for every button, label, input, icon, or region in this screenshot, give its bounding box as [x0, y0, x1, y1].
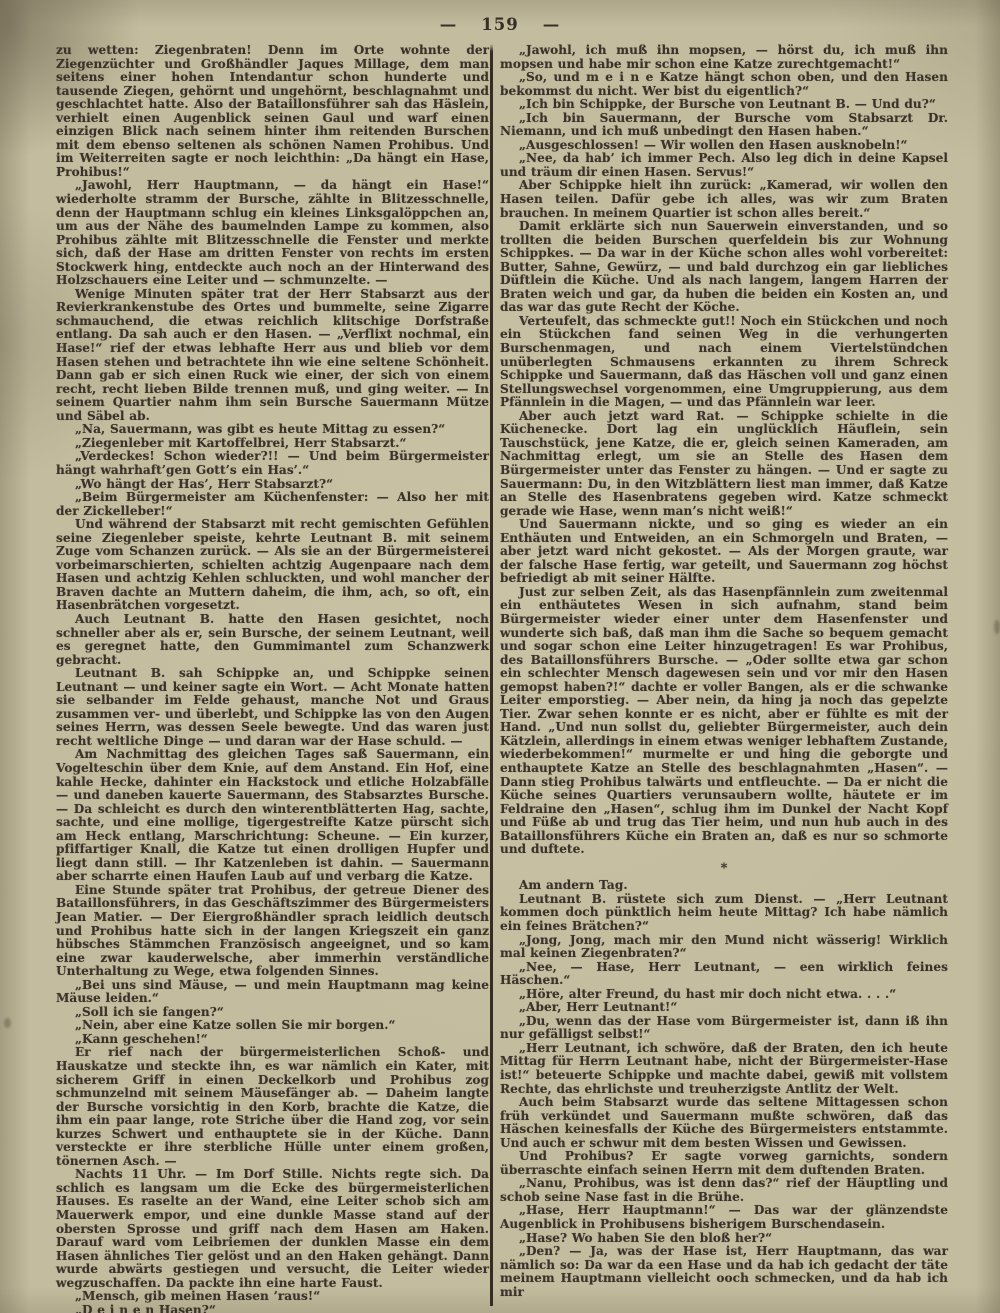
- paragraph: Am andern Tag.: [500, 879, 948, 893]
- paragraph: „D e i n e n Hasen?“: [56, 1304, 489, 1313]
- paragraph: Auch Leutnant B. hatte den Hasen gesicht…: [56, 613, 489, 667]
- page-number: 159: [481, 15, 518, 34]
- paragraph: „Hase? Wo haben Sie den bloß her?“: [500, 1232, 948, 1246]
- paragraph: „Herr Leutnant, ich schwöre, daß der Bra…: [500, 1042, 948, 1096]
- header-right-dash: —: [543, 15, 561, 34]
- paragraph: Und während der Stabsarzt mit recht gemi…: [56, 518, 489, 613]
- paragraph: Eine Stunde später trat Prohibus, der ge…: [56, 884, 489, 979]
- paragraph: „Na, Sauermann, was gibt es heute Mittag…: [56, 423, 489, 437]
- paragraph: „Hase, Herr Hauptmann!“ — Das war der gl…: [500, 1204, 948, 1231]
- paragraph: „Verdeckes! Schon wieder?!! — Und beim B…: [56, 450, 489, 477]
- paragraph: „Höre, alter Freund, du hast mir doch ni…: [500, 988, 948, 1002]
- paragraph: „Beim Bürgermeister am Küchenfenster: — …: [56, 491, 489, 518]
- paragraph: „Jong, Jong, mach mir den Mund nicht wäs…: [500, 934, 948, 961]
- paragraph: „Nanu, Prohibus, was ist denn das?“ rief…: [500, 1177, 948, 1204]
- text-columns: zu wetten: Ziegenbraten! Denn im Orte wo…: [56, 44, 948, 1306]
- paragraph: „Wo hängt der Has’, Herr Stabsarzt?“: [56, 478, 489, 492]
- paragraph: „Bei uns sind Mäuse, — und mein Hauptman…: [56, 979, 489, 1006]
- paragraph: Verteufelt, das schmeckte gut!! Noch ein…: [500, 315, 948, 410]
- paragraph: Wenige Minuten später trat der Herr Stab…: [56, 288, 489, 423]
- paragraph: „Du, wenn das der Hase vom Bürgermeister…: [500, 1015, 948, 1042]
- paragraph: Auch beim Stabsarzt wurde das seltene Mi…: [500, 1096, 948, 1150]
- paragraph: „Ich bin Schippke, der Bursche von Leutn…: [500, 98, 948, 112]
- paragraph: Er rief nach der bürgermeisterlichen Sch…: [56, 1046, 489, 1168]
- paragraph: „Jawohl, ich muß ihn mopsen, — hörst du,…: [500, 44, 948, 71]
- paragraph: „Mensch, gib meinen Hasen ’raus!“: [56, 1290, 489, 1304]
- paragraph: „Soll ich sie fangen?“: [56, 1006, 489, 1020]
- paragraph: Am Nachmittag des gleichen Tages saß Sau…: [56, 748, 489, 883]
- paragraph: „Jawohl, Herr Hauptmann, — da hängt ein …: [56, 179, 489, 287]
- column-divider-rule: [490, 44, 493, 1306]
- page-header: —159—: [0, 0, 1000, 34]
- paragraph: „Nein, aber eine Katze sollen Sie mir bo…: [56, 1019, 489, 1033]
- paragraph: Leutnant B. rüstete sich zum Dienst. — „…: [500, 893, 948, 934]
- paragraph: zu wetten: Ziegenbraten! Denn im Orte wo…: [56, 44, 489, 179]
- left-column: zu wetten: Ziegenbraten! Denn im Orte wo…: [56, 44, 489, 1306]
- paragraph: „Den? — Ja, was der Hase ist, Herr Haupt…: [500, 1245, 948, 1299]
- paragraph: Damit erklärte sich nun Sauerwein einver…: [500, 220, 948, 315]
- scan-smudge: [994, 620, 1000, 634]
- paragraph: „Nee, da hab’ ich immer Pech. Also leg d…: [500, 152, 948, 179]
- paragraph: Aber auch jetzt ward Rat. — Schippke sch…: [500, 410, 948, 518]
- paragraph: „Ausgeschlossen! — Wir wollen den Hasen …: [500, 139, 948, 153]
- scan-smudge: [4, 1018, 11, 1028]
- paragraph: Und Prohibus? Er sagte vorweg garnichts,…: [500, 1150, 948, 1177]
- paragraph: Und Sauermann nickte, und so ging es wie…: [500, 518, 948, 586]
- scanned-book-page: —159— zu wetten: Ziegenbraten! Denn im O…: [0, 0, 1000, 1313]
- header-left-dash: —: [440, 15, 458, 34]
- paragraph: Nachts 11 Uhr. — Im Dorf Stille. Nichts …: [56, 1168, 489, 1290]
- section-separator: *: [500, 862, 948, 876]
- paragraph: Leutnant B. sah Schippke an, und Schippk…: [56, 667, 489, 748]
- paragraph: „Ich bin Sauermann, der Bursche vom Stab…: [500, 112, 948, 139]
- paragraph: „So, und m e i n e Katze hängt schon obe…: [500, 71, 948, 98]
- right-column: „Jawohl, ich muß ihn mopsen, — hörst du,…: [500, 44, 948, 1306]
- paragraph: Just zur selben Zeit, als das Hasenpfänn…: [500, 586, 948, 857]
- paragraph: „Nee, — Hase, Herr Leutnant, — een wirkl…: [500, 961, 948, 988]
- paragraph: „Aber, Herr Leutnant!“: [500, 1001, 948, 1015]
- paragraph: Aber Schippke hielt ihn zurück: „Kamerad…: [500, 179, 948, 220]
